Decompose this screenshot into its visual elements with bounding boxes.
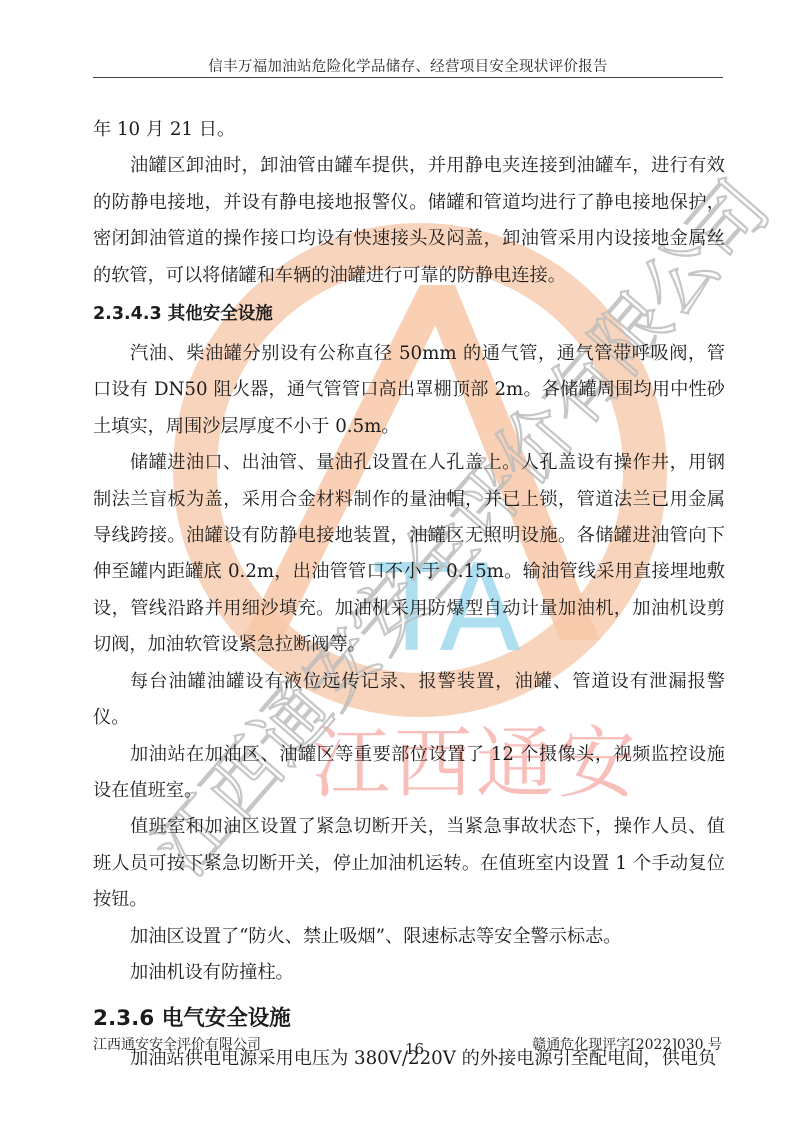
paragraph-cameras: 加油站在加油区、油罐区等重要部位设置了 12 个摄像头，视频监控设施设在值班室。: [93, 737, 725, 810]
paragraph-emergency-shutoff: 值班室和加油区设置了紧急切断开关，当紧急事故状态下，操作人员、值班人员可按下紧急…: [93, 809, 725, 918]
section-heading-2-3-4-3: 2.3.4.3 其他安全设施: [93, 296, 725, 332]
paragraph-bollards: 加油机设有防撞柱。: [93, 955, 725, 991]
footer-company: 江西通安安全评价有限公司: [93, 1034, 261, 1054]
paragraph-unloading-static: 油罐区卸油时，卸油管由罐车提供，并用静电夹连接到油罐车，进行有效的防静电接地，并…: [93, 148, 725, 294]
document-body: 年 10 月 21 日。 油罐区卸油时，卸油管由罐车提供，并用静电夹连接到油罐车…: [93, 112, 725, 1078]
paragraph-tank-manhole: 储罐进油口、出油管、量油孔设置在人孔盖上。人孔盖设有操作井，用钢制法兰盲板为盖，…: [93, 445, 725, 663]
paragraph-date-continuation: 年 10 月 21 日。: [93, 112, 725, 148]
paragraph-warning-signs: 加油区设置了“防火、禁止吸烟”、限速标志等安全警示标志。: [93, 919, 725, 955]
footer-document-number: 赣通危化现评字[2022]030 号: [532, 1034, 722, 1054]
paragraph-level-alarm: 每台油罐油罐设有液位远传记录、报警装置，油罐、管道设有泄漏报警仪。: [93, 664, 725, 737]
document-page: TA 江西通安 江西通安安全评价有限公司 信丰万福加油站危险化学品储存、经营项目…: [0, 0, 800, 1131]
running-header: 信丰万福加油站危险化学品储存、经营项目安全现状评价报告: [93, 55, 723, 77]
header-divider: [93, 77, 723, 78]
page-number: 16: [405, 1040, 424, 1058]
paragraph-vent-pipes: 汽油、柴油罐分别设有公称直径 50mm 的通气管，通气管带呼吸阀，管口设有 DN…: [93, 336, 725, 445]
